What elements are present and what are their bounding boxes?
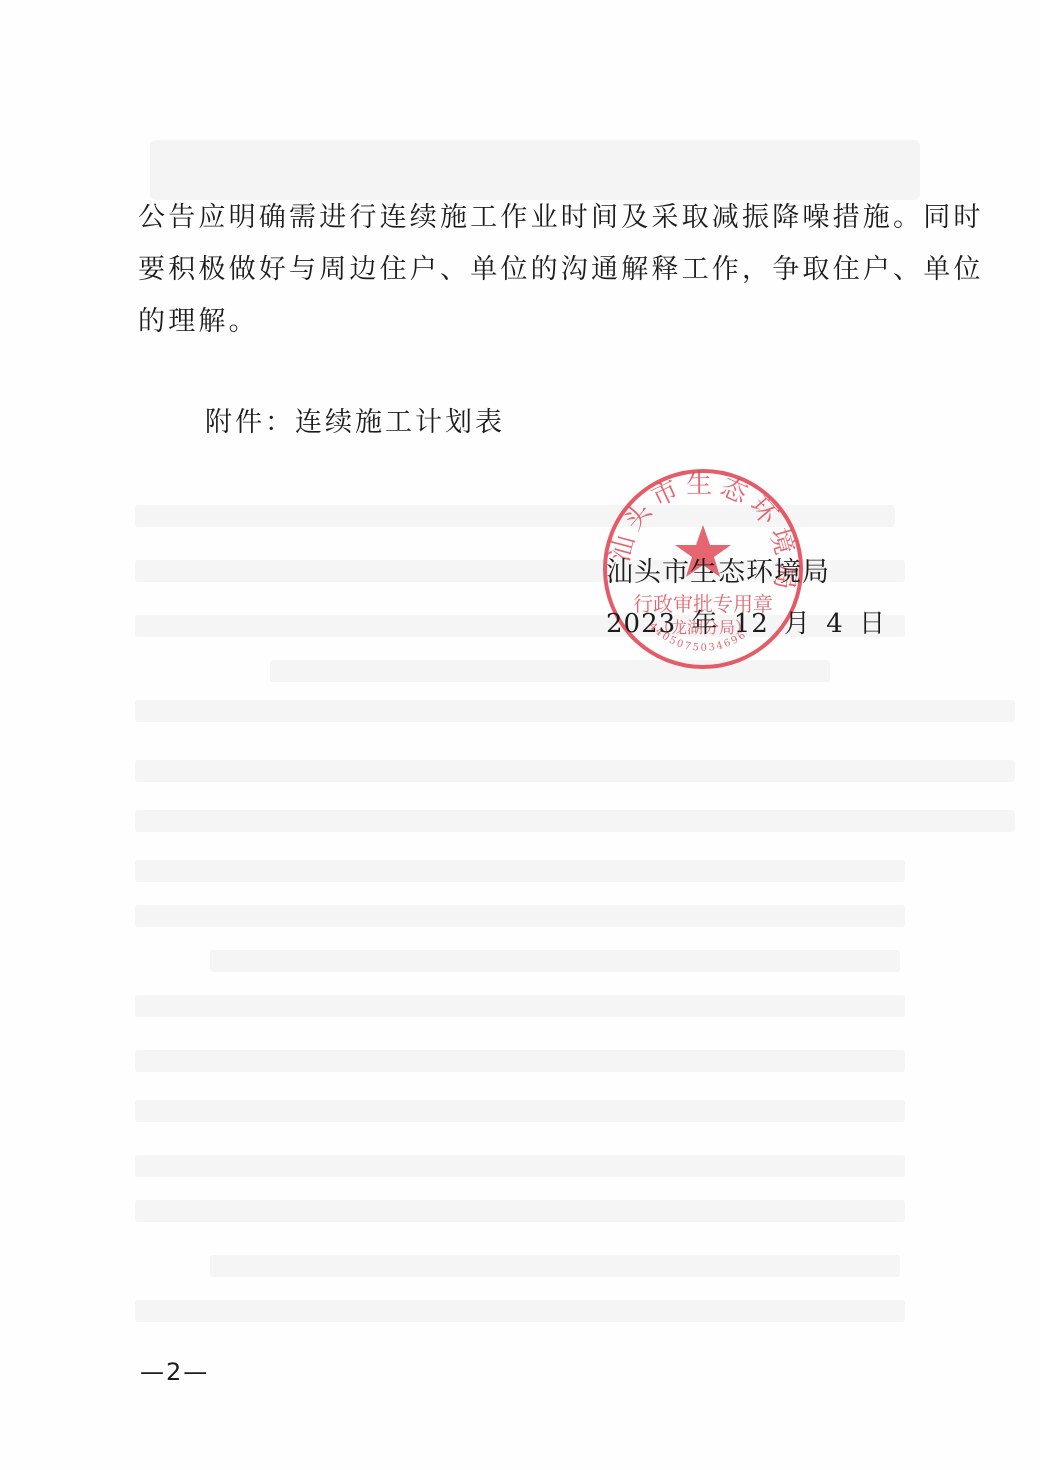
body-paragraph: 公告应明确需进行连续施工作业时间及采取减振降噪措施。同时 要积极做好与周边住户、… [138,192,918,348]
bleed-through-line [135,860,905,882]
bleed-through-line [210,950,900,972]
bleed-through-line [135,1155,905,1177]
bleed-through-line [135,1300,905,1322]
bleed-through-line [135,1100,905,1122]
signature-date: 2023 年 12 月 4 日 [606,603,886,640]
bleed-through-line [135,905,905,927]
bleed-through-title [150,140,920,200]
bleed-through-line [135,995,905,1017]
bleed-through-line [135,1050,905,1072]
bleed-through-line [135,810,1015,832]
body-line: 公告应明确需进行连续施工作业时间及采取减振降噪措施。同时 [138,192,918,244]
signature-organization: 汕头市生态环境局 [606,550,830,589]
bleed-through-line [210,1255,900,1277]
body-line: 的理解。 [138,296,918,348]
bleed-through-line [135,700,1015,722]
attachment-note: 附件：连续施工计划表 [205,400,505,439]
body-line: 要积极做好与周边住户、单位的沟通解释工作，争取住户、单位 [138,244,918,296]
bleed-through-line [135,1200,905,1222]
bleed-through-line [135,760,1015,782]
document-page: 公告应明确需进行连续施工作业时间及采取减振降噪措施。同时 要积极做好与周边住户、… [0,0,1040,1470]
page-number: —2— [140,1358,209,1386]
